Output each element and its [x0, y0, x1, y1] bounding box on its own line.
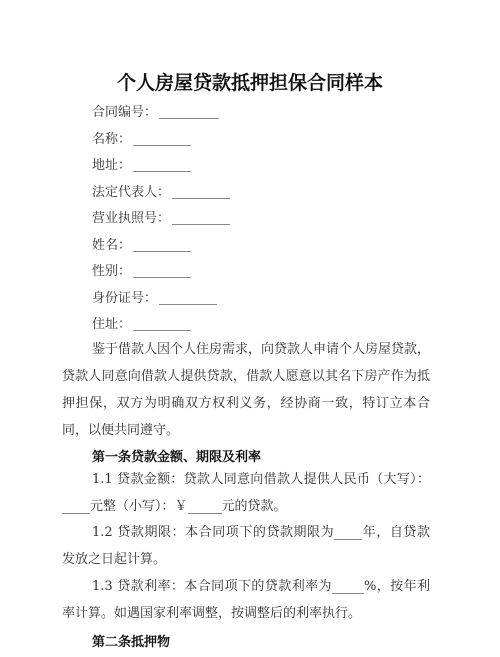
field-address: 地址： [92, 157, 191, 175]
field-gender: 性别： [92, 263, 191, 281]
field-label: 名称： [92, 132, 131, 147]
field-label: 住址： [92, 317, 131, 332]
section-2-heading: 第二条抵押物 [92, 631, 170, 650]
field-label: 姓名： [92, 238, 131, 253]
field-contract-number: 合同编号： [92, 104, 219, 122]
clause-1-1: 1.1 贷款金额：贷款人同意向借款人提供人民币（大写）：元整（小写）：￥元的贷款… [62, 466, 430, 520]
section-1-heading: 第一条贷款金额、期限及利率 [92, 446, 261, 465]
blank-line [159, 292, 217, 305]
field-label: 身份证号： [92, 291, 157, 306]
blank-line [159, 106, 219, 119]
blank-line [332, 580, 364, 594]
field-name: 名称： [92, 131, 191, 149]
blank-line [133, 318, 191, 331]
field-residence: 住址： [92, 316, 191, 334]
blank-line [133, 239, 191, 252]
field-label: 法定代表人： [92, 185, 170, 200]
blank-line [172, 212, 230, 225]
blank-line [334, 526, 362, 540]
field-label: 地址： [92, 158, 131, 173]
field-business-license: 营业执照号： [92, 210, 230, 228]
blank-line [133, 265, 191, 278]
document-title: 个人房屋贷款抵押担保合同样本 [0, 68, 500, 95]
blank-line [133, 159, 191, 172]
blank-line [172, 186, 230, 199]
blank-line [133, 133, 191, 146]
field-label: 营业执照号： [92, 211, 170, 226]
clause-1-3: 1.3 贷款利率：本合同项下的贷款利率为%，按年利率计算。如遇国家利率调整，按调… [62, 573, 430, 627]
blank-line [62, 500, 90, 514]
clause-1-2: 1.2 贷款期限：本合同项下的贷款期限为年，自贷款发放之日起计算。 [62, 519, 430, 573]
blank-line [188, 500, 222, 514]
preamble-paragraph: 鉴于借款人因个人住房需求，向贷款人申请个人房屋贷款，贷款人同意向借款人提供贷款，… [62, 336, 430, 444]
field-person-name: 姓名： [92, 237, 191, 255]
field-label: 合同编号： [92, 105, 157, 120]
field-id-number: 身份证号： [92, 290, 217, 308]
field-legal-representative: 法定代表人： [92, 184, 230, 202]
field-label: 性别： [92, 264, 131, 279]
